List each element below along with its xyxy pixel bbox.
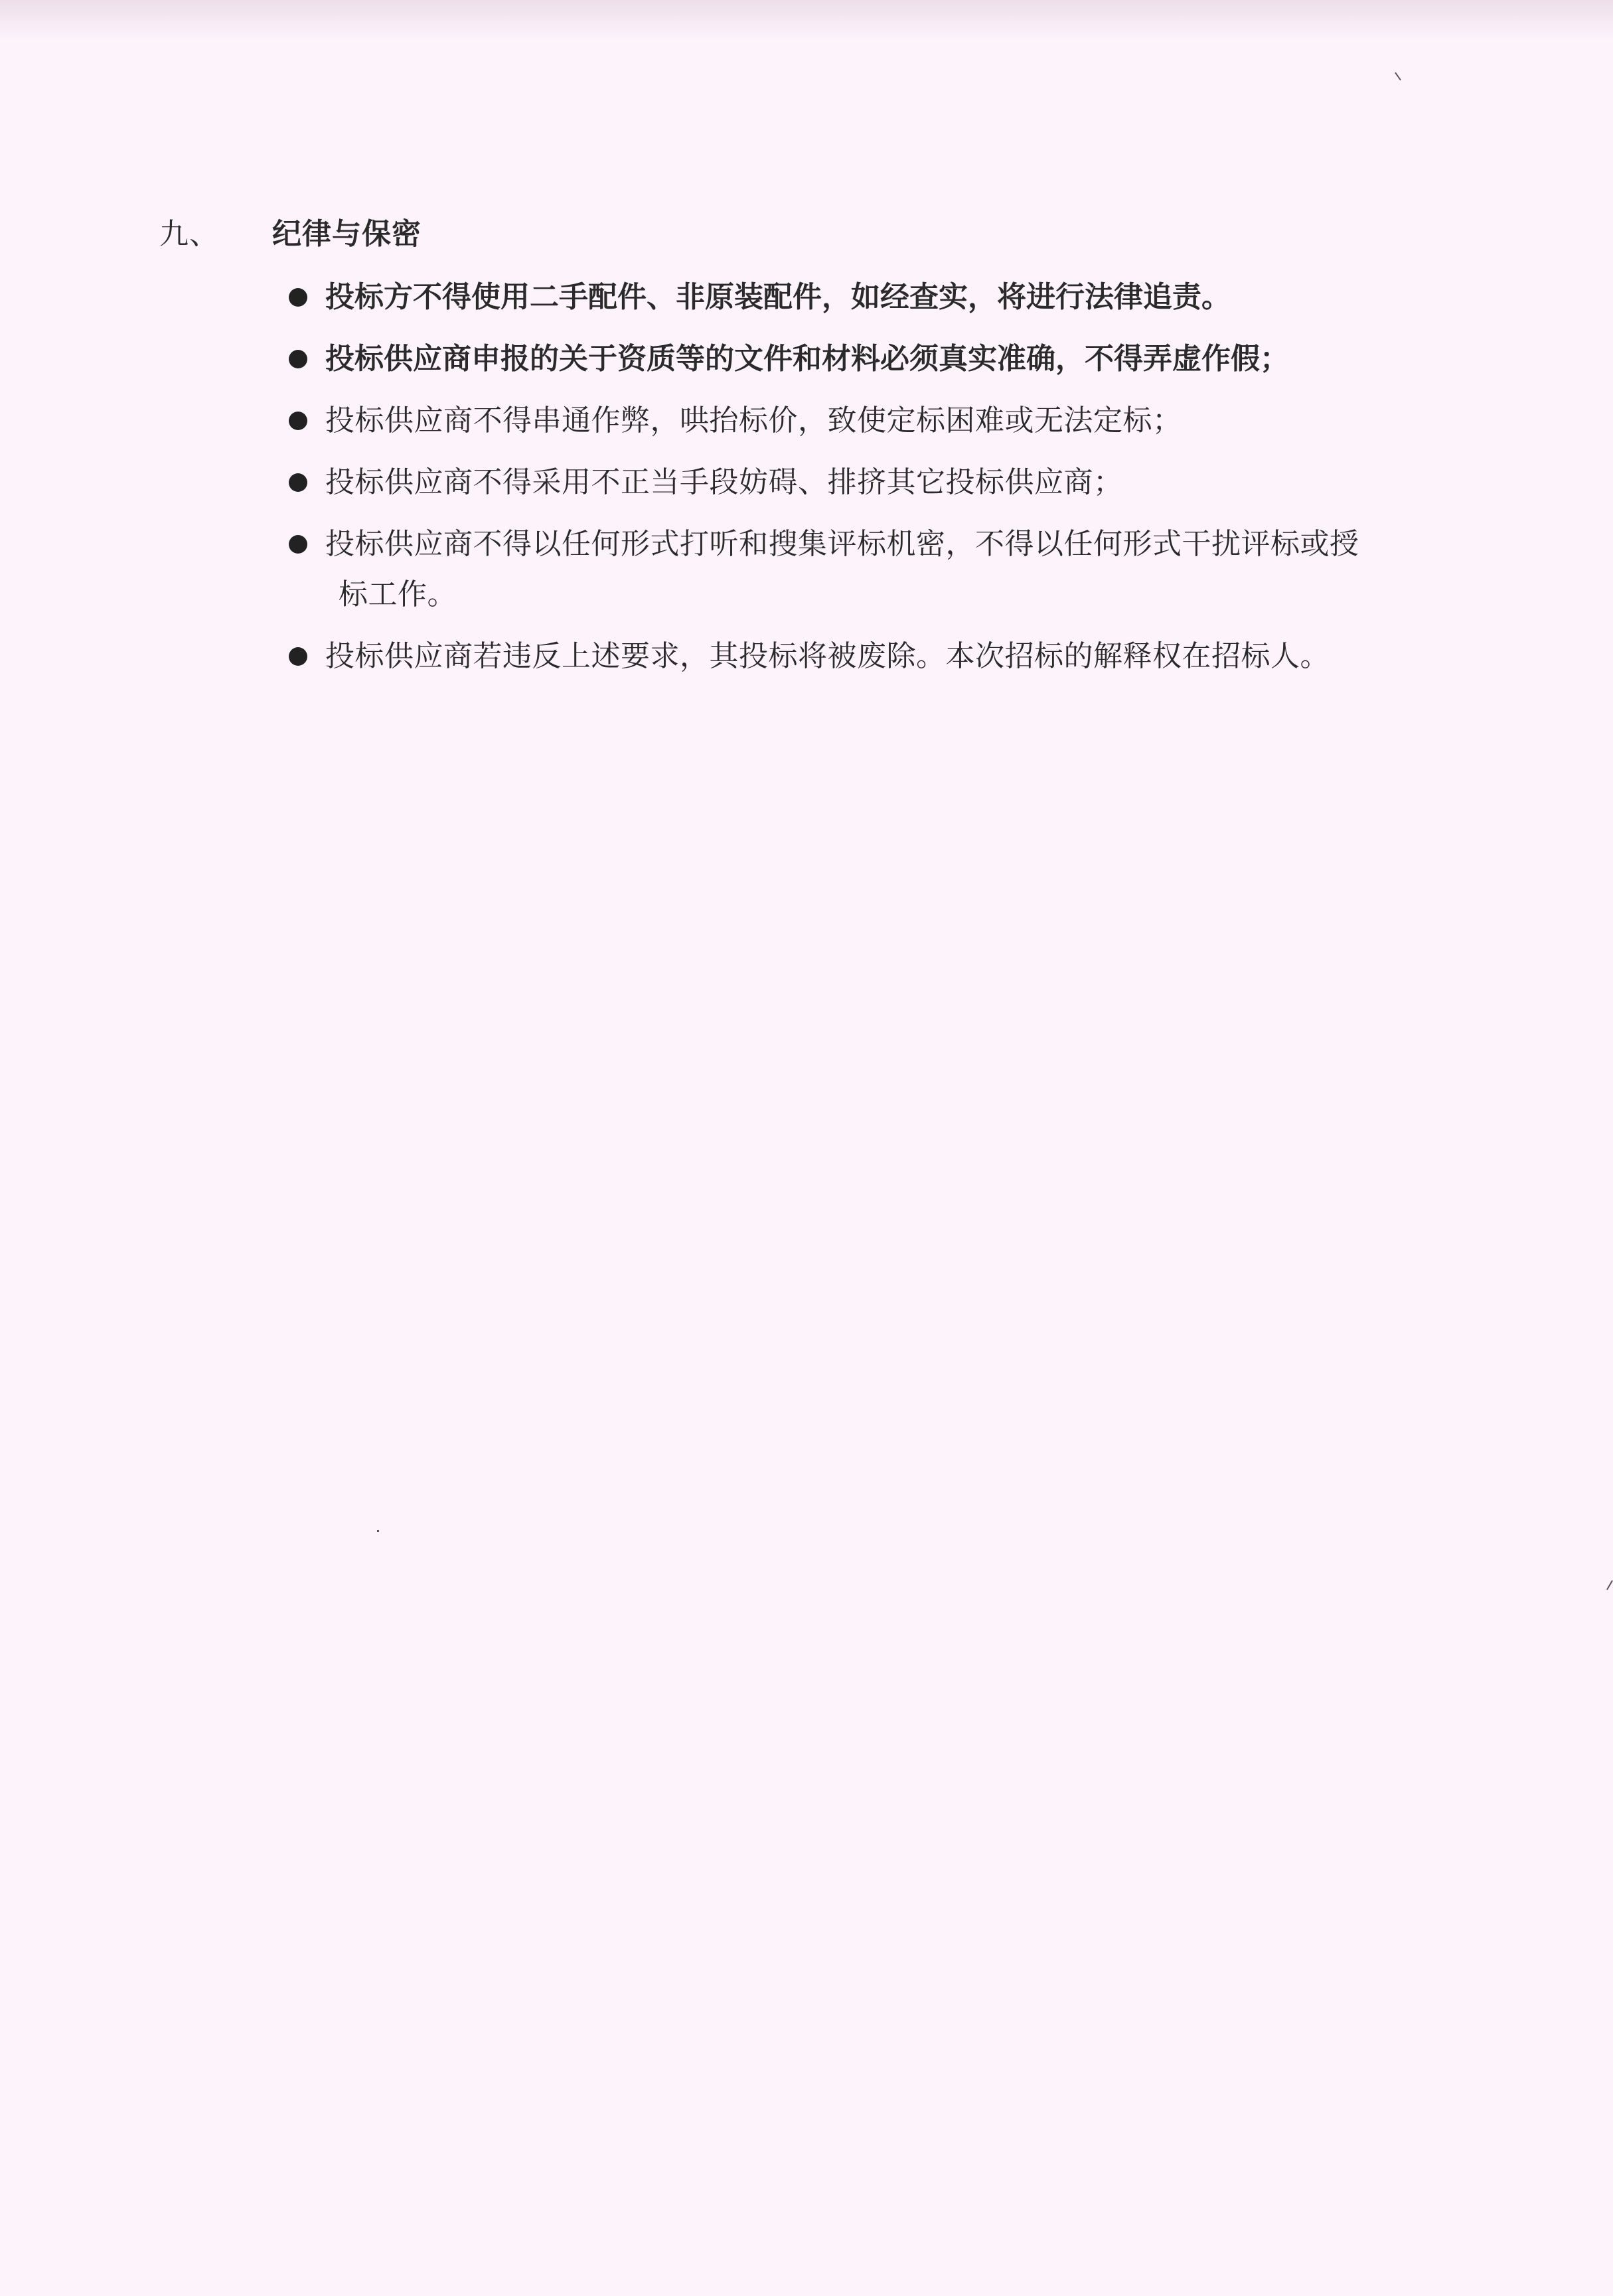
section-heading: 九、 纪律与保密 — [159, 211, 422, 251]
list-item-text: 投标供应商不得串通作弊，哄抬标价，致使定标困难或无法定标； — [325, 396, 1477, 446]
list-item: 投标供应商若违反上述要求，其投标将被废除。本次招标的解释权在招标人。 — [282, 631, 1477, 682]
list-item: 投标供应商不得串通作弊，哄抬标价，致使定标困难或无法定标； — [282, 396, 1477, 446]
list-item: 投标方不得使用二手配件、非原装配件，如经查实，将进行法律追责。 — [282, 272, 1477, 323]
bullet-icon — [289, 288, 307, 307]
bullet-icon — [289, 535, 307, 554]
scan-speck — [1606, 1580, 1613, 1590]
list-item: 投标供应商申报的关于资质等的文件和材料必须真实准确，不得弄虚作假； — [282, 334, 1477, 384]
list-item-text: 投标供应商若违反上述要求，其投标将被废除。本次招标的解释权在招标人。 — [325, 631, 1477, 682]
scan-speck — [1395, 72, 1401, 81]
bullet-icon — [289, 473, 307, 492]
bullet-icon — [289, 412, 307, 430]
bullet-icon — [289, 647, 307, 666]
list-item-text: 投标方不得使用二手配件、非原装配件，如经查实，将进行法律追责。 — [325, 272, 1477, 323]
scan-speck — [377, 1530, 379, 1532]
bullet-icon — [289, 350, 307, 368]
list-item-text: 投标供应商不得采用不正当手段妨碍、排挤其它投标供应商； — [325, 457, 1477, 508]
list-item: 投标供应商不得以任何形式打听和搜集评标机密，不得以任何形式干扰评标或授 标工作。 — [282, 519, 1477, 620]
rules-list: 投标方不得使用二手配件、非原装配件，如经查实，将进行法律追责。 投标供应商申报的… — [282, 272, 1477, 693]
list-item-continuation: 标工作。 — [325, 570, 1477, 620]
section-number: 九、 — [159, 210, 272, 252]
list-item: 投标供应商不得采用不正当手段妨碍、排挤其它投标供应商； — [282, 457, 1477, 508]
list-item-text: 投标供应商申报的关于资质等的文件和材料必须真实准确，不得弄虚作假； — [325, 334, 1477, 384]
list-item-text: 投标供应商不得以任何形式打听和搜集评标机密，不得以任何形式干扰评标或授 标工作。 — [325, 519, 1477, 620]
document-page: 九、 纪律与保密 投标方不得使用二手配件、非原装配件，如经查实，将进行法律追责。… — [0, 0, 1613, 2296]
list-item-line: 投标供应商不得以任何形式打听和搜集评标机密，不得以任何形式干扰评标或授 — [325, 527, 1359, 561]
section-title: 纪律与保密 — [272, 210, 422, 252]
